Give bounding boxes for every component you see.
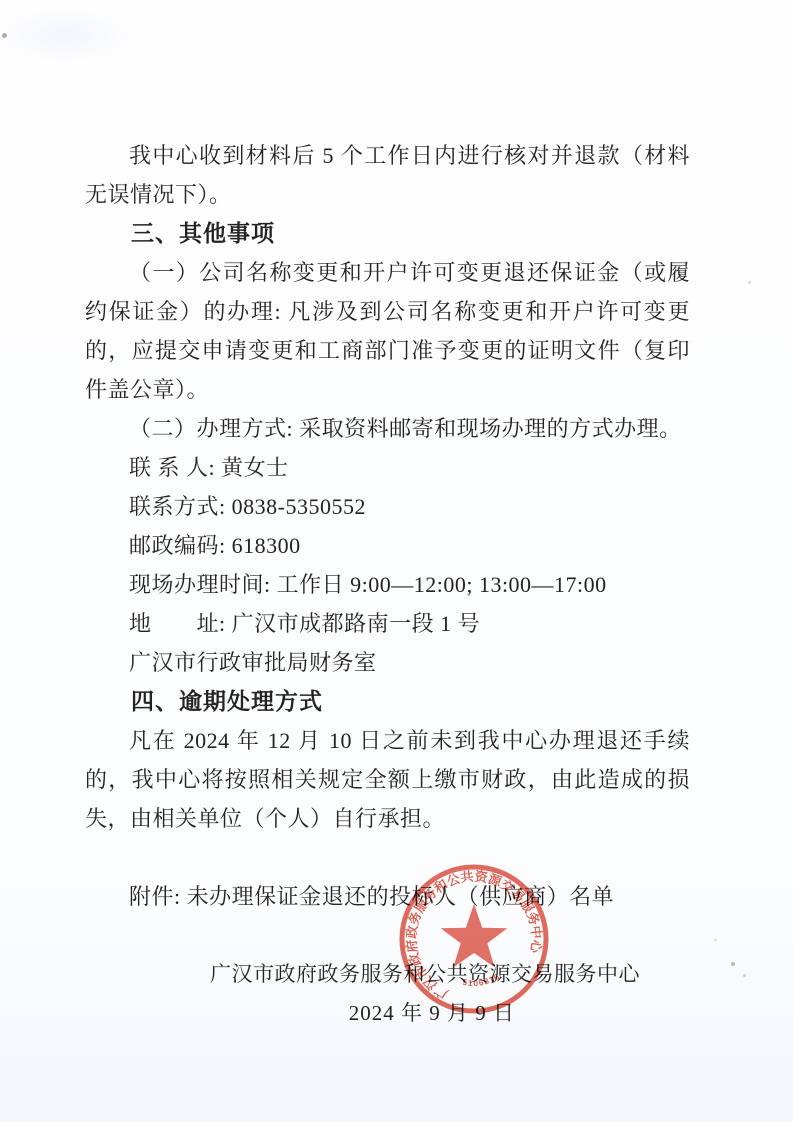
scan-speck <box>731 962 735 966</box>
finance-office-line: 广汉市行政审批局财务室 <box>85 643 690 682</box>
section4-heading: 四、逾期处理方式 <box>85 682 690 721</box>
scan-speck <box>2 33 7 38</box>
signature-organization: 广汉市政府政务服务和公共资源交易服务中心 <box>85 955 690 994</box>
postal-code-line: 邮政编码: 618300 <box>85 526 690 565</box>
office-hours-line: 现场办理时间: 工作日 9:00—12:00; 13:00—17:00 <box>85 565 690 604</box>
intro-paragraph: 我中心收到材料后 5 个工作日内进行核对并退款（材料无误情况下）。 <box>85 136 690 214</box>
contact-phone-line: 联系方式: 0838-5350552 <box>85 487 690 526</box>
document-body: 我中心收到材料后 5 个工作日内进行核对并退款（材料无误情况下）。 三、其他事项… <box>0 0 793 1033</box>
scan-speck <box>748 281 751 284</box>
section4-body: 凡在 2024 年 12 月 10 日之前未到我中心办理退还手续的，我中心将按照… <box>85 721 690 838</box>
scan-speck <box>714 939 717 941</box>
section3-item2: （二）办理方式: 采取资料邮寄和现场办理的方式办理。 <box>85 409 690 448</box>
contact-person-line: 联 系 人: 黄女士 <box>85 448 690 487</box>
section3-item1: （一）公司名称变更和开户许可变更退还保证金（或履约保证金）的办理: 凡涉及到公司… <box>85 253 690 409</box>
document-page: 我中心收到材料后 5 个工作日内进行核对并退款（材料无误情况下）。 三、其他事项… <box>0 0 793 1122</box>
signature-date: 2024 年 9 月 9 日 <box>85 994 690 1033</box>
scan-speck <box>743 974 746 977</box>
attachment-note: 附件: 未办理保证金退还的投标人（供应商）名单 <box>85 877 690 916</box>
address-line: 地 址: 广汉市成都路南一段 1 号 <box>85 604 690 643</box>
section3-heading: 三、其他事项 <box>85 214 690 253</box>
signature-block: 广汉市政府政务服务和公共资源交易服务中心 2024 年 9 月 9 日 <box>85 955 690 1033</box>
